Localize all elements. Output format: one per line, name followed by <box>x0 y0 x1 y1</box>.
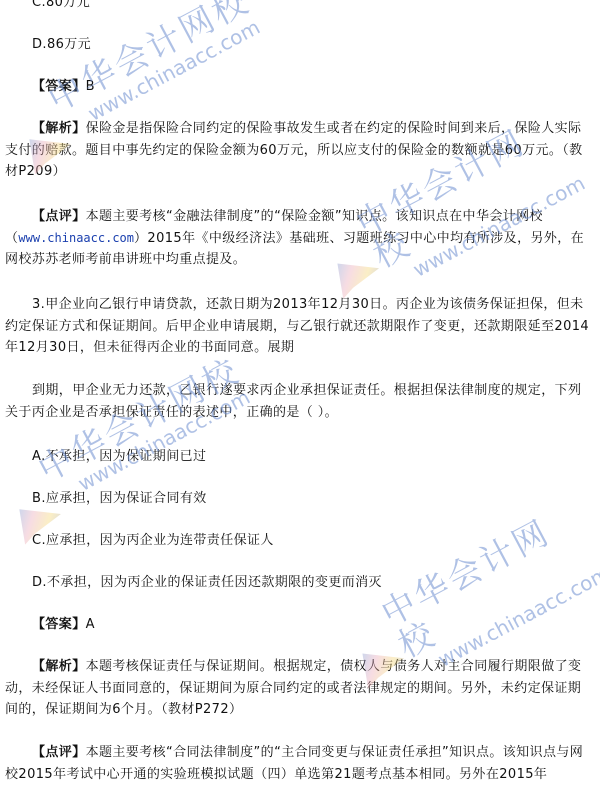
q3-option-d: D.不承担，因为丙企业的保证责任因还款期限的变更而消灭 <box>32 572 600 594</box>
q3-stem-2: 到期，甲企业无力还款，乙银行遂要求丙企业承担保证责任。根据担保法律制度的规定，下… <box>5 380 593 423</box>
answer-value: B <box>86 79 95 94</box>
answer-value: A <box>86 617 95 632</box>
q2-option-d: D.86万元 <box>32 34 600 56</box>
analysis-label: 【解析】 <box>32 121 86 136</box>
analysis-text: 保险金是指保险合同约定的保险事故发生或者在约定的保险时间到来后，保险人实际支付的… <box>5 121 583 179</box>
analysis-text: 本题考核保证责任与保证期间。根据规定，债权人与债务人对主合同履行期限做了变动，未… <box>5 659 581 717</box>
q3-comment: 【点评】本题主要考核“合同法律制度”的“主合同变更与保证责任承担”知识点。该知识… <box>5 742 593 785</box>
q3-option-c: C.应承担，因为丙企业为连带责任保证人 <box>32 530 600 552</box>
comment-text: 本题主要考核“合同法律制度”的“主合同变更与保证责任承担”知识点。该知识点与网校… <box>5 745 583 782</box>
q2-analysis: 【解析】保险金是指保险合同约定的保险事故发生或者在约定的保险时间到来后，保险人实… <box>5 118 593 183</box>
analysis-label: 【解析】 <box>32 659 86 674</box>
q3-analysis: 【解析】本题考核保证责任与保证期间。根据规定，债权人与债务人对主合同履行期限做了… <box>5 656 593 721</box>
q2-option-c: C.80万元 <box>32 0 600 14</box>
q3-stem-1: 3.甲企业向乙银行申请贷款，还款日期为2013年12月30日。丙企业为该债务保证… <box>5 294 593 359</box>
q2-answer: 【答案】B <box>5 76 593 98</box>
q2-comment: 【点评】本题主要考核“金融法律制度”的“保险金额”知识点。该知识点在中华会计网校… <box>5 206 593 271</box>
answer-label: 【答案】 <box>32 79 86 94</box>
watermark-left-lower: 中华会计网校 www.chinaacc.com <box>33 353 256 508</box>
q3-option-b: B.应承担，因为保证合同有效 <box>32 488 600 510</box>
comment-label: 【点评】 <box>32 745 86 760</box>
q3-option-a: A.不承担，因为保证期间已过 <box>32 446 600 468</box>
comment-label: 【点评】 <box>32 209 86 224</box>
q3-answer: 【答案】A <box>5 614 593 636</box>
answer-label: 【答案】 <box>32 617 86 632</box>
chinaacc-link[interactable]: www.chinaacc.com <box>18 231 134 245</box>
